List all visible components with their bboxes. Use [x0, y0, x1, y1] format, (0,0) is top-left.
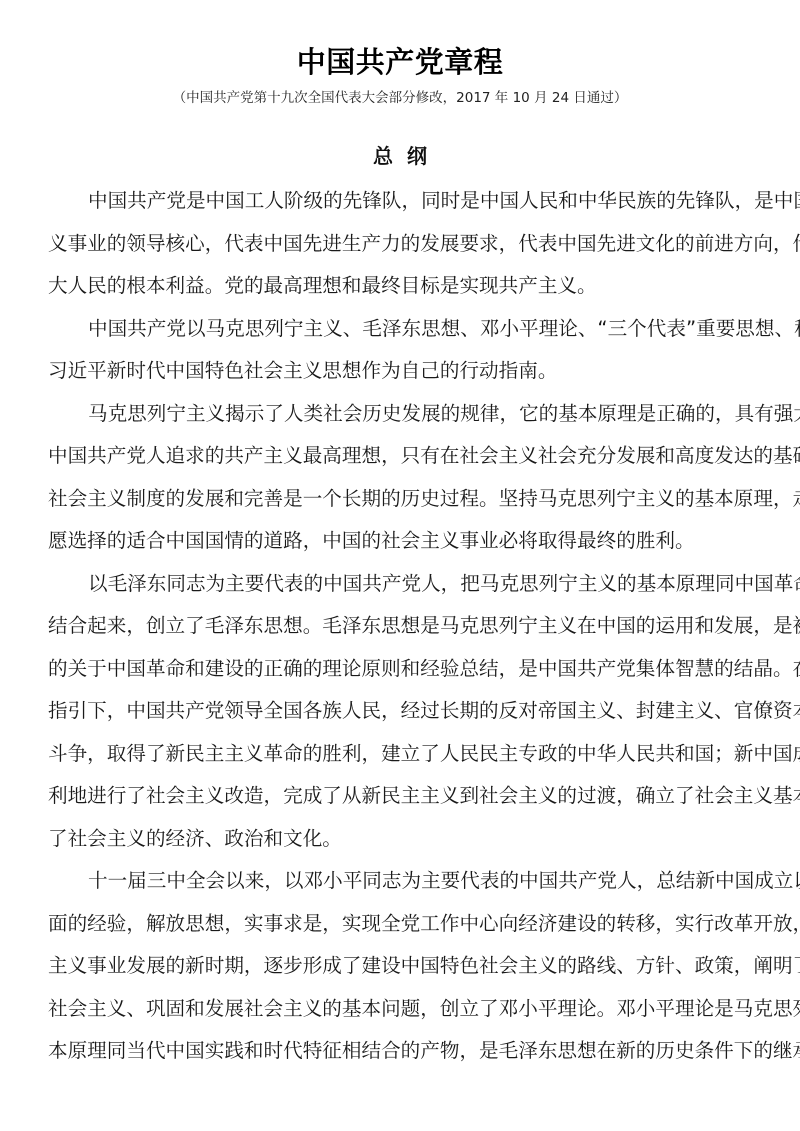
section-heading: 总 纲 — [0, 142, 800, 170]
document-title: 中国共产党章程 — [0, 42, 800, 82]
text-line: 的关于中国革命和建设的正确的理论原则和经验总结，是中国共产党集体智慧的结晶。在毛… — [48, 648, 754, 691]
text-line: 中国共产党是中国工人阶级的先锋队，同时是中国人民和中华民族的先锋队，是中国特色社… — [48, 180, 754, 223]
text-line: 中国共产党人追求的共产主义最高理想，只有在社会主义社会充分发展和高度发达的基础上… — [48, 435, 754, 478]
text-line: 大人民的根本利益。党的最高理想和最终目标是实现共产主义。 — [48, 265, 754, 308]
text-line: 十一届三中全会以来，以邓小平同志为主要代表的中国共产党人，总结新中国成立以来正反… — [48, 860, 754, 903]
text-line: 社会主义、巩固和发展社会主义的基本问题，创立了邓小平理论。邓小平理论是马克思列宁… — [48, 988, 754, 1031]
text-line: 以毛泽东同志为主要代表的中国共产党人，把马克思列宁主义的基本原理同中国革命的具体… — [48, 563, 754, 606]
document-subtitle: （中国共产党第十九次全国代表大会部分修改，2017 年 10 月 24 日通过） — [0, 88, 800, 108]
text-line: 社会主义制度的发展和完善是一个长期的历史过程。坚持马克思列宁主义的基本原理，走中… — [48, 478, 754, 521]
paragraph-1: 中国共产党是中国工人阶级的先锋队，同时是中国人民和中华民族的先锋队，是中国特色社… — [48, 180, 754, 308]
text-line: 了社会主义的经济、政治和文化。 — [48, 818, 754, 861]
text-line: 利地进行了社会主义改造，完成了从新民主主义到社会主义的过渡，确立了社会主义基本制… — [48, 775, 754, 818]
document-body: 中国共产党是中国工人阶级的先锋队，同时是中国人民和中华民族的先锋队，是中国特色社… — [48, 180, 754, 1073]
text-line: 愿选择的适合中国国情的道路，中国的社会主义事业必将取得最终的胜利。 — [48, 520, 754, 563]
text-line: 习近平新时代中国特色社会主义思想作为自己的行动指南。 — [48, 350, 754, 393]
paragraph-3: 马克思列宁主义揭示了人类社会历史发展的规律，它的基本原理是正确的，具有强大的生命… — [48, 393, 754, 563]
paragraph-4: 以毛泽东同志为主要代表的中国共产党人，把马克思列宁主义的基本原理同中国革命的具体… — [48, 563, 754, 861]
text-line: 本原理同当代中国实践和时代特征相结合的产物，是毛泽东思想在新的历史条件下的继承和… — [48, 1030, 754, 1073]
text-line: 面的经验，解放思想，实事求是，实现全党工作中心向经济建设的转移，实行改革开放，开… — [48, 903, 754, 946]
text-line: 结合起来，创立了毛泽东思想。毛泽东思想是马克思列宁主义在中国的运用和发展，是被实… — [48, 605, 754, 648]
text-line: 斗争，取得了新民主主义革命的胜利，建立了人民民主专政的中华人民共和国；新中国成立… — [48, 733, 754, 776]
text-line: 指引下，中国共产党领导全国各族人民，经过长期的反对帝国主义、封建主义、官僚资本主… — [48, 690, 754, 733]
paragraph-2: 中国共产党以马克思列宁主义、毛泽东思想、邓小平理论、“三个代表”重要思想、科学发… — [48, 308, 754, 393]
paragraph-5: 十一届三中全会以来，以邓小平同志为主要代表的中国共产党人，总结新中国成立以来正反… — [48, 860, 754, 1073]
text-line: 主义事业发展的新时期，逐步形成了建设中国特色社会主义的路线、方针、政策，阐明了在… — [48, 945, 754, 988]
text-line: 马克思列宁主义揭示了人类社会历史发展的规律，它的基本原理是正确的，具有强大的生命… — [48, 393, 754, 436]
text-line: 义事业的领导核心，代表中国先进生产力的发展要求，代表中国先进文化的前进方向，代表… — [48, 223, 754, 266]
text-line: 中国共产党以马克思列宁主义、毛泽东思想、邓小平理论、“三个代表”重要思想、科学发… — [48, 308, 754, 351]
